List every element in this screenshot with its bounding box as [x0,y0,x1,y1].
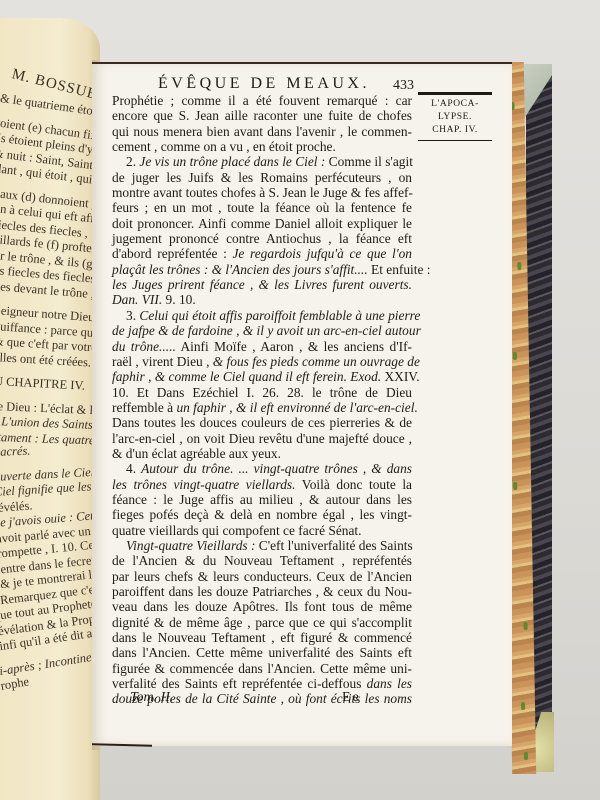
volume-label: Tom. II. [130,690,173,706]
italic-quotation: de jafpe & de fardoine , & il y avoit un… [112,323,421,338]
italic-quotation: plaçât les trônes : & l'Ancien des jours… [112,262,368,277]
roman-run: 4. [126,461,141,476]
roman-run: 3. [126,308,139,323]
text-line: quatre vieillards qui compofent ce facré… [112,523,412,538]
roman-run: 9. 10. [162,292,195,307]
text-line: Vingt-quatre Vieillards : C'eft l'univer… [112,538,412,553]
roman-run: Et enfuite : [368,262,431,277]
edge-speckle [513,352,517,360]
edge-speckle [524,752,528,760]
italic-quotation: Celui qui étoit affis paroiffoit femblab… [139,308,420,323]
text-line: 2. Je vis un trône placé dans le Ciel : … [112,154,412,169]
text-line: raël , virent Dieu , & fous fes pieds co… [112,354,412,369]
text-line: jugement prononcé contre Antiochus , la … [112,231,412,246]
sidenote-line: L'APOCA- [418,98,492,111]
page-top-edge [92,62,512,64]
text-line: les trônes vingt-quatre viellards. Voilà… [112,477,412,492]
text-line: faphir , & comme le Ciel quand il eft fe… [112,369,412,384]
italic-quotation: Autour du trône. ... vingt-quatre trônes… [141,461,412,476]
italic-quotation: Je vis un trône placé dans le Ciel : [139,154,325,169]
roman-run: Voilà donc toute la [295,477,412,492]
italic-quotation: Dan. VII. [112,292,162,307]
italic-quotation: Je regardois jufqu'à ce que l'on [232,246,412,261]
text-line: Dan. VII. 9. 10. [112,292,412,307]
text-line: encore que S. Jean aille raconter une fu… [112,108,412,123]
roman-run: XXIV. [381,369,419,384]
text-line: 10. Et Dans Ezéchiel I. 26. 28. le trône… [112,385,412,400]
italic-quotation: & fous fes pieds comme un ouvrage de [213,354,420,369]
signature-mark: Ee [342,690,361,706]
sidenote-line: LYPSE. [418,111,492,124]
left-page-line: U CHAPITRE IV. [0,374,85,394]
roman-run: d'abord repréfentée : [112,246,232,261]
text-line: féance : le Juge affis au milieu , & aut… [112,492,412,507]
text-line: dignité & de même âge , parce que ce qui… [112,615,412,630]
roman-run: C'eft l'univerfalité des Saints [255,538,412,553]
roman-run: reffemble à [112,400,176,415]
text-line: l'arc-en-ciel , on voit Dieu revêtu d'un… [112,431,412,446]
italic-quotation: faphir , & comme le Ciel quand il eft fe… [112,369,381,384]
italic-quotation: un faphir , & il eft environné de l'arc-… [176,400,417,415]
text-line: par leurs chefs & leurs conducteurs. Ceu… [112,569,412,584]
sidenote-line: CHAP. IV. [418,124,492,137]
text-line: & d'un éclat agréable aux yeux. [112,446,412,461]
page-body-text: Prophétie ; comme il a été fouvent remar… [112,93,412,707]
text-line: du trône..... Ainfi Moïfe , Aaron , & le… [112,339,412,354]
text-line: reffemble à un faphir , & il eft environ… [112,400,412,415]
text-line: feurs ; en un mot , toute la féance où l… [112,200,412,215]
roman-run: 2. [126,154,139,169]
edge-speckle [517,262,521,270]
roman-run: raël , virent Dieu , [112,354,213,369]
left-page-line: Sacrés. [0,444,31,460]
roman-run: Ainfi Moïfe , Aaron , & les anciens d'If… [176,339,412,354]
text-line: figurée & commencée dans l'Ancien. Cette… [112,661,412,676]
roman-run: Comme il s'agit [325,154,413,169]
text-line: plaçât les trônes : & l'Ancien des jours… [112,262,412,277]
text-line: d'abord repréfentée : Je regardois jufqu… [112,246,412,261]
text-line: fieges pofés deçà & delà en nombre égal … [112,507,412,522]
text-line: de jafpe & de fardoine , & il y avoit un… [112,323,412,338]
sidenote-rule-bottom [418,140,492,141]
text-line: de juger les Juifs & les Romains perfécu… [112,170,412,185]
text-line: paroiffent dans les douze Patriarches , … [112,584,412,599]
text-line: de l'Ancien & du Nouveau Teftament , rep… [112,553,412,568]
roman-run: verfalité des Saints eft repréfentée ci-… [112,676,367,691]
italic-quotation: Vingt-quatre Vieillards : [126,538,255,553]
left-page-line: Prophe [0,674,30,695]
italic-quotation: dans les [367,676,412,691]
italic-quotation: du trône..... [112,339,176,354]
text-line: doit prononcer. Ainfi comme Daniel alloi… [112,216,412,231]
running-head: ÉVÊQUE DE MEAUX. [158,75,370,93]
text-line: Dans toutes les douces couleurs de ces p… [112,415,412,430]
margin-sidenote: L'APOCA- LYPSE. CHAP. IV. [418,92,492,141]
italic-quotation: les Juges prirent féance , & les Livres … [112,277,412,292]
text-line: les Juges prirent féance , & les Livres … [112,277,412,292]
page-number: 433 [393,78,414,94]
text-line: dans l'Ancien. Cette même univerfalité d… [112,645,412,660]
text-line: Prophétie ; comme il a été fouvent remar… [112,93,412,108]
text-line: 3. Celui qui étoit affis paroiffoit femb… [112,308,412,323]
edge-speckle [521,702,525,710]
text-line: qui nous menera bien avant dans l'avenir… [112,124,412,139]
text-line: veau dans les douze Apôtres. Ils font to… [112,599,412,614]
edge-speckle [524,622,528,630]
sidenote-rule-top [418,92,492,95]
text-line: dans le Nouveau Teftament , eft figuré &… [112,630,412,645]
text-line: cement , comme on a vu , en étoit proche… [112,139,412,154]
edge-speckle [513,482,517,490]
text-line: 4. Autour du trône. ... vingt-quatre trô… [112,461,412,476]
italic-quotation: les trônes vingt-quatre viellards. [112,477,295,492]
left-page: M. BOSSUET;, & le quatrieme étoit fevoie… [0,18,100,800]
text-line: montre avant toutes chofes à S. Jean le … [112,185,412,200]
